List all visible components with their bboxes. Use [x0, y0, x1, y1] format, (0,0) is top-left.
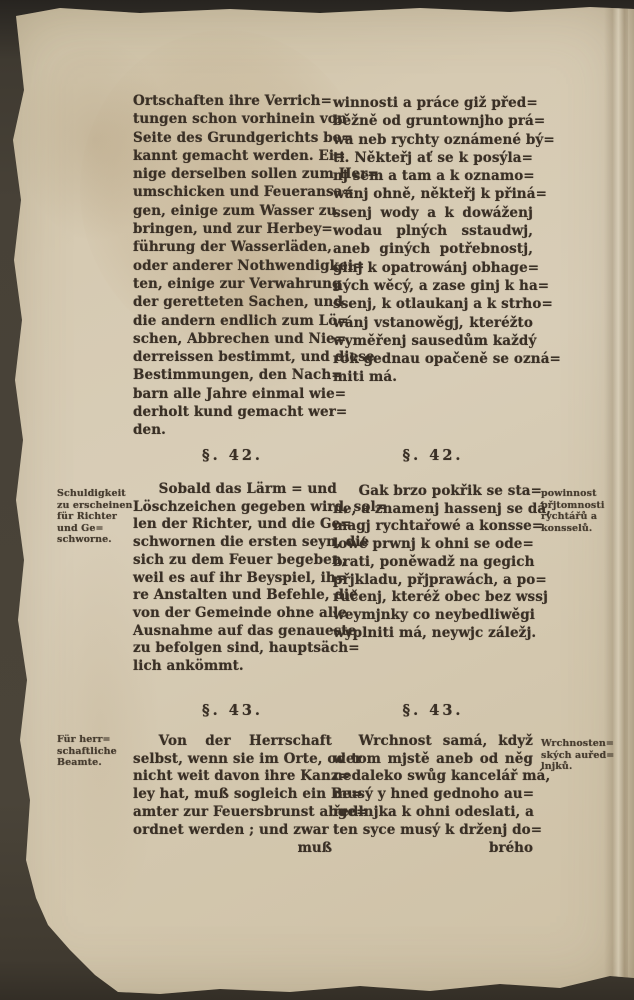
text-line: sich zu dem Feuer begeben,	[133, 552, 332, 570]
text-line: lowé prwnj k ohni se ode=	[333, 536, 533, 554]
text-line: ručenj, kteréž obec bez wssj	[333, 589, 533, 607]
text-line: Wrchnost samá, když	[333, 733, 533, 751]
text-line: rychtářů a	[541, 511, 629, 523]
margin-note-43-german: Für herr=schaftlicheBeamte.	[57, 734, 133, 769]
text-line: re Anstalten und Befehle, die	[133, 587, 332, 605]
text-line: běžně od gruntownjho prá=	[333, 112, 533, 130]
text-line: Sobald das Lärm = und	[133, 481, 332, 499]
text-line: wodau plných sstaudwj,	[333, 222, 533, 240]
text-line: Schuldigkeit	[57, 488, 133, 500]
text-line: schwornen die ersten seyn, die	[133, 534, 332, 552]
text-line: der geretteten Sachen, und	[133, 293, 332, 311]
text-line: Beamte.	[57, 757, 133, 769]
text-line: Von der Herrschaft	[133, 733, 332, 751]
text-line: ten, einige zur Verwahrung	[133, 275, 332, 293]
text-line: rok gednau opačeně se ozná=	[333, 350, 533, 368]
text-line: für Richter	[57, 511, 133, 523]
text-line: musý y hned gednoho au=	[333, 786, 533, 804]
text-line: Für herr=	[57, 734, 133, 746]
text-line: nige derselben sollen zum Her=	[133, 165, 332, 183]
text-line: schen, Abbrechen und Nie=	[133, 330, 332, 348]
text-line: ředlnjka k ohni odeslati, a	[333, 804, 533, 822]
text-line: wánj ohně, někteřj k přiná=	[333, 185, 533, 203]
text-line: konsselů.	[541, 523, 629, 535]
text-line: ných wěcý, a zase ginj k ha=	[333, 277, 533, 295]
section-43-heading-czech: §. 43.	[333, 702, 533, 719]
text-line: Ausnahme auf das genaueste	[133, 623, 332, 641]
text-line: von der Gemeinde ohne alle	[133, 605, 332, 623]
text-line: wyplniti má, neywjc záležj.	[333, 625, 533, 643]
text-line: den.	[133, 421, 332, 439]
text-line: ginj k opatrowánj obhage=	[333, 259, 533, 277]
text-line: wánj vstanowěgj, kteréžto	[333, 314, 533, 332]
section-42-heading-czech: §. 42.	[333, 447, 533, 464]
catchword-german: muß	[133, 840, 346, 856]
text-line: umschicken und Feueransa=	[133, 183, 332, 201]
text-line: ssenj wody a k dowáženj	[333, 204, 533, 222]
text-line: ne, a znamenj hassenj se dá,	[333, 501, 533, 519]
text-line: ti. Někteřj ať se k posýla=	[333, 149, 533, 167]
text-line: kannt gemacht werden. Ei=	[133, 147, 332, 165]
text-line: ssenj, k otlaukanj a k strho=	[333, 295, 533, 313]
text-line: wyměřenj sausedům každý	[333, 332, 533, 350]
text-line: miti má.	[333, 368, 533, 386]
page-content: Ortschaften ihre Verrich=tungen schon vo…	[0, 0, 634, 1000]
catchword-czech: brého	[333, 840, 571, 856]
text-line: oder anderer Nothwendigkei=	[133, 257, 332, 275]
text-line: Löschzeichen gegeben wird, sol=	[133, 499, 332, 517]
text-line: nj sem a tam a k oznamo=	[333, 167, 533, 185]
text-line: führung der Wasserläden,	[133, 238, 332, 256]
text-line: lich ankömmt.	[133, 658, 332, 676]
text-line: Ortschaften ihre Verrich=	[133, 92, 332, 110]
text-line: bringen, und zur Herbey=	[133, 220, 332, 238]
text-line: weil es auf ihr Beyspiel, ih=	[133, 570, 332, 588]
section-42-heading-german: §. 42.	[133, 447, 332, 464]
text-line: ordnet werden ; und zwar	[133, 822, 332, 840]
text-line: magj rychtařowé a konsse=	[333, 518, 533, 536]
text-line: nedaleko swůg kancelář má,	[333, 768, 533, 786]
text-line: Bestimmungen, den Nach=	[133, 366, 332, 384]
paragraph-43-german: Von der Herrschaftselbst, wenn sie im Or…	[133, 733, 332, 839]
text-line: powinnost	[541, 488, 629, 500]
text-line: aneb giných potřebnostj,	[333, 240, 533, 258]
text-line: wa neb rychty oznámené bý=	[333, 131, 533, 149]
text-line: barn alle Jahre einmal wie=	[133, 385, 332, 403]
scanned-document-page: Ortschaften ihre Verrich=tungen schon vo…	[0, 0, 634, 1000]
text-line: nicht weit davon ihre Kanz=	[133, 768, 332, 786]
margin-note-43-czech: Wrchnosten=ských auřed=lnjků.	[541, 738, 629, 773]
paragraph-42-german: Sobald das Lärm = undLöschzeichen gegebe…	[133, 481, 332, 676]
text-line: přjtomnosti	[541, 500, 629, 512]
text-line: len der Richter, und die Ge=	[133, 516, 332, 534]
text-line: ských auřed=	[541, 750, 629, 762]
text-line: schaftliche	[57, 746, 133, 758]
paragraph-42-czech: Gak brzo pokřik se sta=ne, a znamenj has…	[333, 483, 533, 642]
text-line: lnjků.	[541, 761, 629, 773]
text-line: derholt kund gemacht wer=	[133, 403, 332, 421]
text-line: amter zur Feuersbrunst abge=	[133, 804, 332, 822]
text-line: w tom mjstě aneb od něg	[333, 751, 533, 769]
text-line: brati, poněwadž na gegich	[333, 554, 533, 572]
text-line: schworne.	[57, 534, 133, 546]
text-line: selbst, wenn sie im Orte, oder	[133, 751, 332, 769]
text-line: zu befolgen sind, hauptsäch=	[133, 640, 332, 658]
paragraph-continuation-german: Ortschaften ihre Verrich=tungen schon vo…	[133, 92, 332, 440]
text-line: weymjnky co neybedliwěgi	[333, 607, 533, 625]
text-line: derreissen bestimmt, und diese	[133, 348, 332, 366]
text-line: tungen schon vorhinein von	[133, 110, 332, 128]
text-line: ten syce musý k drženj do=	[333, 822, 533, 840]
paper-sheet: Ortschaften ihre Verrich=tungen schon vo…	[0, 0, 634, 1000]
text-line: Wrchnosten=	[541, 738, 629, 750]
text-line: gen, einige zum Wasser zu	[133, 202, 332, 220]
text-line: Gak brzo pokřik se sta=	[333, 483, 533, 501]
text-line: zu erscheinen	[57, 500, 133, 512]
margin-note-42-german: Schuldigkeitzu erscheinenfür Richterund …	[57, 488, 133, 546]
text-line: ley hat, muß sogleich ein Be=	[133, 786, 332, 804]
text-line: und Ge=	[57, 523, 133, 535]
text-line: přjkladu, přjprawách, a po=	[333, 572, 533, 590]
text-line: die andern endlich zum Lö=	[133, 312, 332, 330]
paragraph-43-czech: Wrchnost samá, kdyžw tom mjstě aneb od n…	[333, 733, 533, 839]
text-line: winnosti a práce giž před=	[333, 94, 533, 112]
margin-note-42-czech: powinnostpřjtomnostirychtářů akonsselů.	[541, 488, 629, 534]
text-line: Seite des Grundgerichts be=	[133, 129, 332, 147]
section-43-heading-german: §. 43.	[133, 702, 332, 719]
paragraph-continuation-czech: winnosti a práce giž před=běžně od grunt…	[333, 94, 533, 387]
